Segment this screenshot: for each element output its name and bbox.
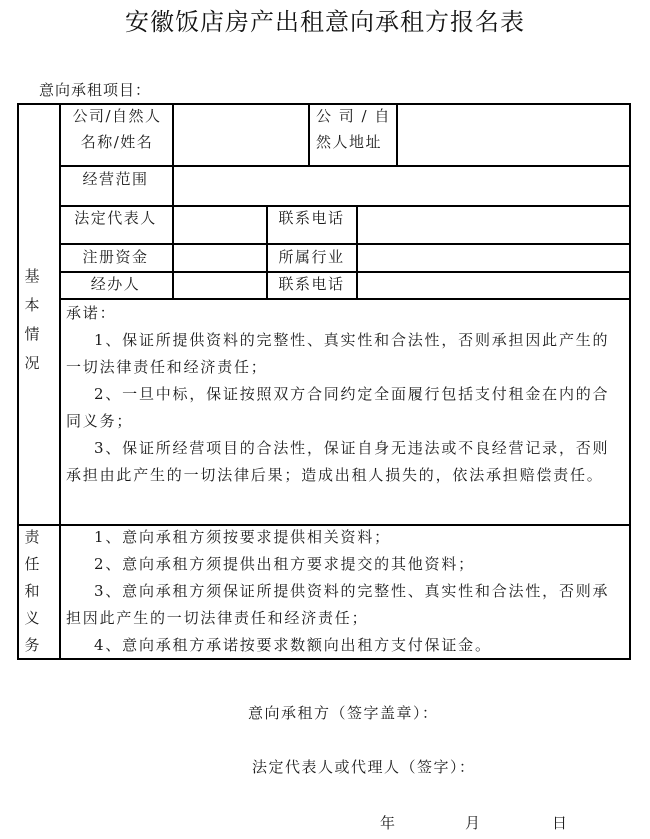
- label-legal-representative: 法定代表人: [59, 205, 172, 231]
- project-label: 意向承租项目：: [39, 79, 151, 100]
- label-company-name: 公司/自然人 名称/姓名: [62, 103, 172, 155]
- column-divider: [308, 103, 310, 166]
- table-border-right: [629, 103, 631, 660]
- promise-heading: 承诺：: [66, 300, 624, 327]
- representative-signature-label: 法定代表人或代理人（签字）：: [252, 756, 476, 777]
- lessee-signature-label: 意向承租方（签字盖章）：: [248, 702, 439, 723]
- duty-item: 4、意向承租方承诺按要求数额向出租方支付保证金。: [66, 632, 624, 659]
- duty-item: 2、意向承租方须提供出租方要求提交的其他资料；: [66, 551, 624, 578]
- registered-capital-field[interactable]: [174, 245, 265, 271]
- label-contact-phone: 联系电话: [267, 205, 356, 231]
- promise-item: 3、保证所经营项目的合法性，保证自身无违法或不良经营记录，否则承担由此产生的一切…: [66, 435, 624, 489]
- page-title: 安徽饭店房产出租意向承租方报名表: [0, 2, 650, 37]
- label-company-address: 公 司 / 自 然人地址: [316, 103, 396, 155]
- label-registered-capital: 注册资金: [59, 244, 172, 270]
- date-month-label: 月: [465, 812, 482, 833]
- label-handler: 经办人: [59, 271, 172, 297]
- industry-field[interactable]: [358, 245, 628, 271]
- duties-block: 1、意向承租方须按要求提供相关资料； 2、意向承租方须提供出租方要求提交的其他资…: [66, 524, 624, 659]
- company-address-field[interactable]: [398, 105, 628, 165]
- promise-item: 1、保证所提供资料的完整性、真实性和合法性，否则承担因此产生的一切法律责任和经济…: [66, 327, 624, 381]
- label-business-scope: 经营范围: [59, 166, 172, 192]
- date-year-label: 年: [380, 812, 397, 833]
- duty-item: 1、意向承租方须按要求提供相关资料；: [66, 524, 624, 551]
- business-scope-field[interactable]: [174, 167, 628, 204]
- promise-item: 2、一旦中标，保证按照双方合同约定全面履行包括支付租金在内的合同义务；: [66, 381, 624, 435]
- label-contact-phone-2: 联系电话: [267, 271, 356, 297]
- legal-representative-field[interactable]: [174, 207, 265, 243]
- handler-field[interactable]: [174, 273, 265, 298]
- section-label-duties: 责 任 和 义 务: [20, 524, 44, 659]
- promise-block: 承诺： 1、保证所提供资料的完整性、真实性和合法性，否则承担因此产生的一切法律责…: [66, 300, 624, 489]
- date-day-label: 日: [552, 812, 569, 833]
- label-industry: 所属行业: [267, 244, 356, 270]
- table-border-left: [17, 103, 19, 660]
- section-label-basic: 基 本 情 况: [20, 262, 44, 378]
- company-name-field[interactable]: [174, 105, 307, 165]
- contact-phone-field[interactable]: [358, 207, 628, 243]
- duty-item: 3、意向承租方须保证所提供资料的完整性、真实性和合法性，否则承担因此产生的一切法…: [66, 578, 624, 632]
- contact-phone-field-2[interactable]: [358, 273, 628, 298]
